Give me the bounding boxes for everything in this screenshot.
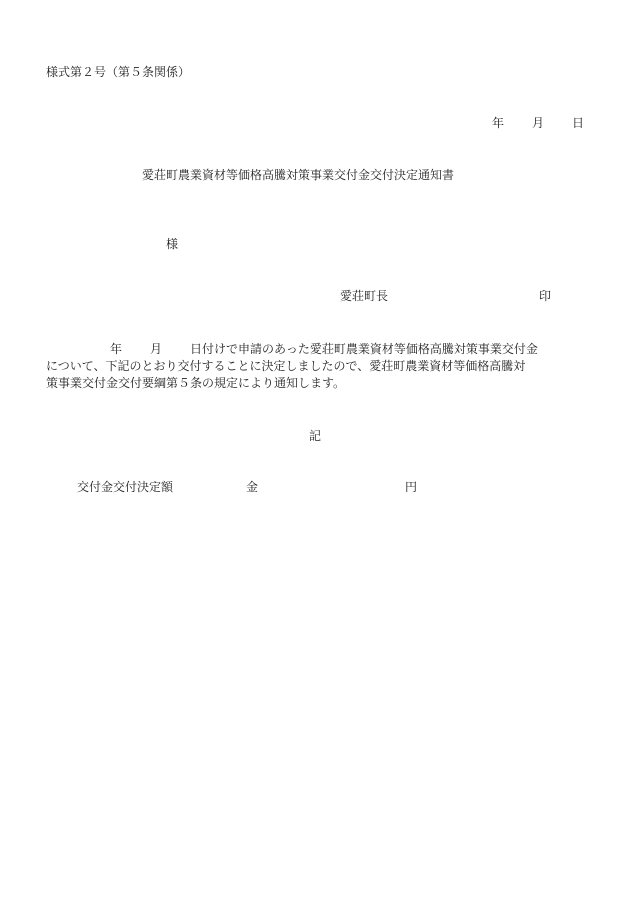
amount-prefix: 金 <box>246 481 258 493</box>
body-paragraph: 年月日付けで申請のあった愛荘町農業資材等価格高騰対策事業交付金 について、下記の… <box>46 341 586 392</box>
seal-mark: 印 <box>539 290 551 302</box>
body-line-1-text: 日付けで申請のあった愛荘町農業資材等価格高騰対策事業交付金 <box>190 342 538 356</box>
body-month-label: 月 <box>150 342 162 356</box>
amount-suffix: 円 <box>405 481 417 493</box>
ki-heading: 記 <box>309 430 321 442</box>
issuer-name: 愛荘町長 <box>340 290 388 302</box>
date-year-label: 年 <box>492 117 504 129</box>
document-title: 愛荘町農業資材等価格高騰対策事業交付金交付決定通知書 <box>142 169 454 181</box>
body-line-3: 策事業交付金交付要綱第５条の規定により通知します。 <box>46 375 586 392</box>
form-number: 様式第２号（第５条関係） <box>46 66 190 78</box>
body-line-1: 年月日付けで申請のあった愛荘町農業資材等価格高騰対策事業交付金 <box>46 341 586 358</box>
body-year-label: 年 <box>110 342 122 356</box>
date-day-label: 日 <box>572 117 584 129</box>
addressee-suffix: 様 <box>166 238 178 250</box>
body-line-2: について、下記のとおり交付することに決定しましたので、愛荘町農業資材等価格高騰対 <box>46 358 586 375</box>
amount-label: 交付金交付決定額 <box>77 481 173 493</box>
date-month-label: 月 <box>532 117 544 129</box>
